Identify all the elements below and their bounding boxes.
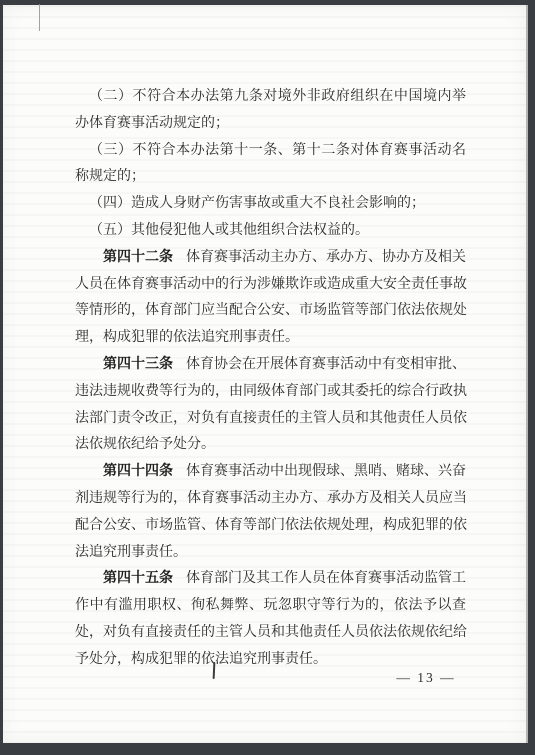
scanned-document: （二）不符合本办法第九条对境外非政府组织在中国境内举办体育赛事活动规定的；（三）… — [0, 0, 535, 755]
article-number-heading: 第四十四条 — [103, 464, 173, 479]
list-item-paragraph: （二）不符合本办法第九条对境外非政府组织在中国境内举办体育赛事活动规定的； — [75, 84, 466, 138]
text-line: 第四十四条体育赛事活动中出现假球、黑哨、赌球、兴奋 — [75, 459, 466, 486]
text-line: （四）造成人身财产伤害事故或重大不良社会影响的； — [75, 191, 466, 218]
text-line: 第四十五条体育部门及其工作人员在体育赛事活动监管工 — [75, 566, 466, 593]
article-paragraph: 第四十二条体育赛事活动主办方、承办方、协办方及相关人员在体育赛事活动中的行为涉嫌… — [75, 245, 466, 352]
article-paragraph: 第四十四条体育赛事活动中出现假球、黑哨、赌球、兴奋剂违规等行为的，体育赛事活动主… — [75, 459, 466, 566]
text-block: （二）不符合本办法第九条对境外非政府组织在中国境内举办体育赛事活动规定的；（三）… — [75, 84, 466, 674]
text-line: 等情形的，体育部门应当配合公安、市场监管等部门依法依规处 — [75, 298, 466, 325]
text-line: 第四十二条体育赛事活动主办方、承办方、协办方及相关 — [75, 245, 466, 272]
scan-edge-tick — [39, 4, 40, 31]
text-line: 办体育赛事活动规定的； — [75, 111, 466, 138]
text-line: 法追究刑事责任。 — [75, 540, 466, 567]
text-line: （五）其他侵犯他人或其他组织合法权益的。 — [75, 218, 466, 245]
text-line: 称规定的； — [75, 164, 466, 191]
article-number-heading: 第四十三条 — [103, 357, 173, 372]
text-line: 剂违规等行为的，体育赛事活动主办方、承办方及相关人员应当 — [75, 486, 466, 513]
list-item-paragraph: （三）不符合本办法第十一条、第十二条对体育赛事活动名称规定的； — [75, 138, 466, 192]
text-line: 处，对负有直接责任的主管人员和其他责任人员依法依规依纪给 — [75, 620, 466, 647]
text-line: 人员在体育赛事活动中的行为涉嫌欺诈或造成重大安全责任事故 — [75, 272, 466, 299]
article-number-heading: 第四十二条 — [103, 250, 173, 265]
text-line: 第四十三条体育协会在开展体育赛事活动中有变相审批、 — [75, 352, 466, 379]
article-number-heading: 第四十五条 — [103, 571, 173, 586]
text-line: 作中有滥用职权、徇私舞弊、玩忽职守等行为的，依法予以查 — [75, 593, 466, 620]
list-item-paragraph: （四）造成人身财产伤害事故或重大不良社会影响的； — [75, 191, 466, 218]
article-paragraph: 第四十三条体育协会在开展体育赛事活动中有变相审批、违法违规收费等行为的，由同级体… — [75, 352, 466, 459]
text-line: 法依规依纪给予处分。 — [75, 432, 466, 459]
page-number: — 13 — — [394, 670, 458, 686]
text-line: 违法违规收费等行为的，由同级体育部门或其委托的综合行政执 — [75, 379, 466, 406]
text-line: （三）不符合本办法第十一条、第十二条对体育赛事活动名 — [75, 138, 466, 165]
article-paragraph: 第四十五条体育部门及其工作人员在体育赛事活动监管工作中有滥用职权、徇私舞弊、玩忽… — [75, 566, 466, 673]
text-line: （二）不符合本办法第九条对境外非政府组织在中国境内举 — [75, 84, 466, 111]
text-line: 法部门责令改正，对负有直接责任的主管人员和其他责任人员依 — [75, 406, 466, 433]
text-line: 配合公安、市场监管、体育等部门依法依规处理，构成犯罪的依 — [75, 513, 466, 540]
text-line: 理，构成犯罪的依法追究刑事责任。 — [75, 325, 466, 352]
list-item-paragraph: （五）其他侵犯他人或其他组织合法权益的。 — [75, 218, 466, 245]
